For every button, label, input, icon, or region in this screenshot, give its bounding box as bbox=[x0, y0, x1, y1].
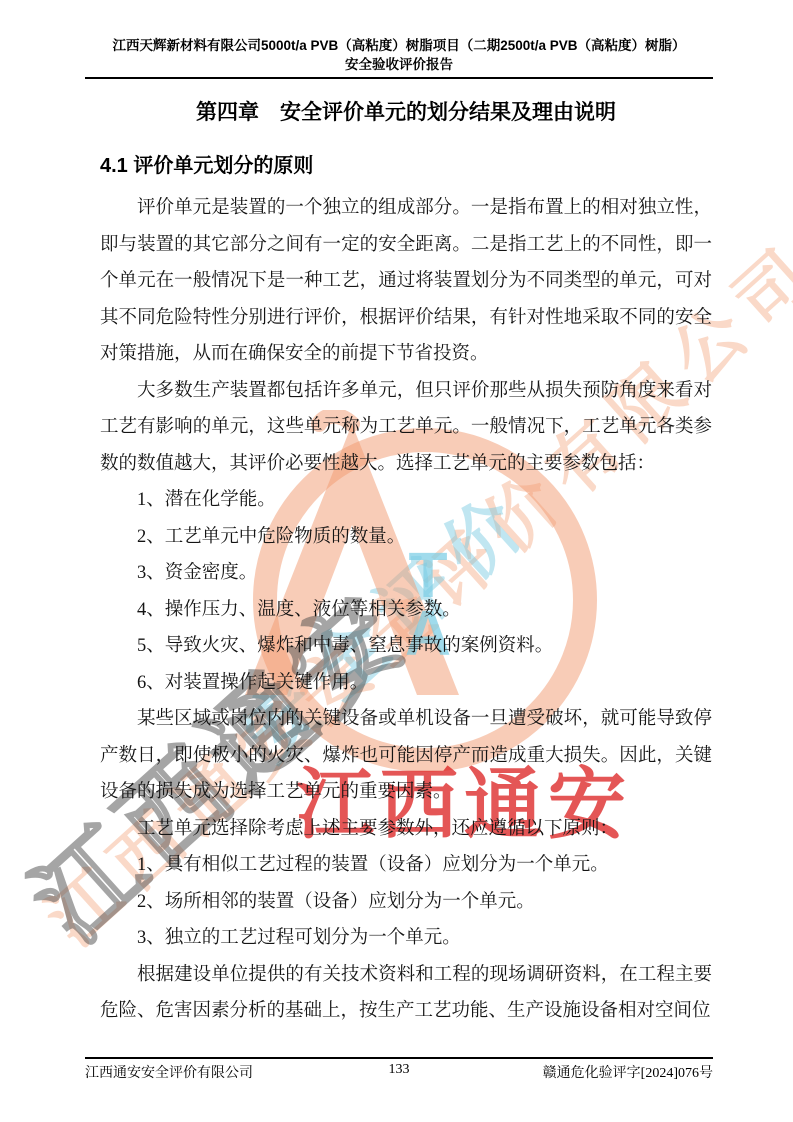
section-heading: 4.1 评价单元划分的原则 bbox=[100, 152, 712, 180]
main-text-area: 第四章 安全评价单元的划分结果及理由说明 4.1 评价单元划分的原则 评价单元是… bbox=[100, 92, 712, 1030]
body-text: 评价单元是装置的一个独立的组成部分。一是指布置上的相对独立性，即与装置的其它部分… bbox=[100, 190, 712, 1030]
chapter-title: 第四章 安全评价单元的划分结果及理由说明 bbox=[100, 98, 712, 128]
footer-rule bbox=[85, 1057, 713, 1059]
paragraph-3: 某些区域或岗位内的关键设备或单机设备一旦遭受破坏，就可能导致停产数日，即使极小的… bbox=[100, 701, 712, 811]
list-item-principle-2: 2、场所相邻的装置（设备）应划分为一个单元。 bbox=[100, 884, 712, 921]
paragraph-1: 评价单元是装置的一个独立的组成部分。一是指布置上的相对独立性，即与装置的其它部分… bbox=[100, 190, 712, 373]
list-item-parameter-5: 5、导致火灾、爆炸和中毒、窒息事故的案例资料。 bbox=[100, 628, 712, 665]
paragraph-2: 大多数生产装置都包括许多单元，但只评价那些从损失预防角度来看对工艺有影响的单元，… bbox=[100, 373, 712, 483]
list-item-principle-3: 3、独立的工艺过程可划分为一个单元。 bbox=[100, 920, 712, 957]
footer-page-number: 133 bbox=[389, 1062, 410, 1078]
list-item-parameter-2: 2、工艺单元中危险物质的数量。 bbox=[100, 519, 712, 556]
list-item-parameter-3: 3、资金密度。 bbox=[100, 555, 712, 592]
list-item-parameter-6: 6、对装置操作起关键作用。 bbox=[100, 665, 712, 702]
list-item-parameter-1: 1、潜在化学能。 bbox=[100, 482, 712, 519]
footer-company: 江西通安安全评价有限公司 bbox=[85, 1062, 253, 1082]
header-rule bbox=[85, 77, 713, 79]
document-content: 江西天辉新材料有限公司5000t/a PVB（高粘度）树脂项目（二期2500t/… bbox=[0, 0, 793, 1122]
paragraph-5: 根据建设单位提供的有关技术资料和工程的现场调研资料，在工程主要危险、危害因素分析… bbox=[100, 957, 712, 1030]
list-item-parameter-4: 4、操作压力、温度、液位等相关参数。 bbox=[100, 592, 712, 629]
list-item-principle-1: 1、具有相似工艺过程的装置（设备）应划分为一个单元。 bbox=[100, 847, 712, 884]
header-line-2: 安全验收评价报告 bbox=[85, 55, 713, 74]
footer-doc-number: 赣通危化验评字[2024]076号 bbox=[543, 1062, 713, 1082]
header-line-1: 江西天辉新材料有限公司5000t/a PVB（高粘度）树脂项目（二期2500t/… bbox=[85, 36, 713, 55]
page-footer: 江西通安安全评价有限公司 133 赣通危化验评字[2024]076号 bbox=[85, 1062, 713, 1082]
document-page: 江西通安安全评价有限公司 安全评价 T A 江西通安 江西通安 江西天辉新材料有… bbox=[0, 0, 793, 1122]
page-header: 江西天辉新材料有限公司5000t/a PVB（高粘度）树脂项目（二期2500t/… bbox=[85, 36, 713, 74]
paragraph-4: 工艺单元选择除考虑上述主要参数外，还应遵循以下原则： bbox=[100, 811, 712, 848]
